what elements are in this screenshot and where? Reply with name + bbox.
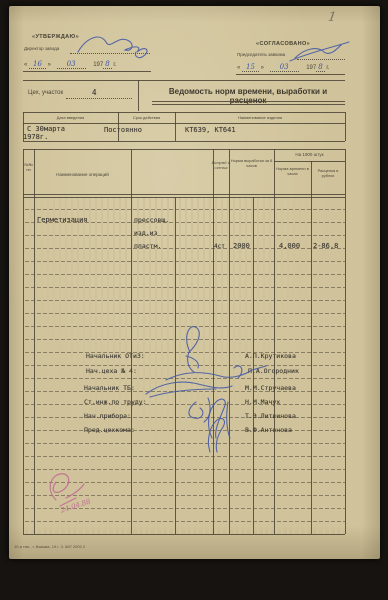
agree-year-printed: 197 (306, 65, 316, 71)
col-line-9 (311, 161, 312, 534)
info-v4 (345, 112, 346, 141)
info-value-date-2: 1978г. (23, 133, 48, 141)
header-rate: Расценка в рублях (312, 168, 344, 179)
info-value-term: Постоянно (104, 126, 142, 134)
col-line-6 (229, 149, 230, 534)
header-output: Норма выработки за 8 часов (230, 158, 273, 169)
main-table-bottom (23, 534, 345, 535)
approve-day-handwritten: 16 (29, 60, 46, 69)
quote-close: » (261, 65, 264, 71)
info-table-mid (23, 123, 345, 124)
col-line-8 (274, 149, 275, 534)
row-operation: Герметизация (37, 216, 88, 224)
title-divider (138, 80, 139, 111)
signature-label: Начальник ОТиЗ: (86, 352, 145, 360)
approve-year-unit: г. (113, 62, 116, 68)
header-time: Норма времени в часах (276, 166, 309, 177)
agree-stamp: «СОГЛАСОВАНО» (256, 41, 310, 47)
approve-signature-line (70, 46, 150, 54)
signature-name: А.П.Крутикова (245, 352, 296, 360)
col-line-5 (213, 149, 214, 534)
col-line-2 (34, 149, 35, 534)
row-rate: 2-86,8 (313, 242, 338, 250)
agree-date-line: « 15 » 03 1978 г. (237, 63, 330, 72)
row-profession-1: прессовщ. (134, 216, 169, 224)
header-bottom-2 (23, 197, 345, 198)
info-value-product: КТ639, КТ641 (185, 126, 236, 134)
info-value-date-1: С 30марта (27, 125, 65, 133)
page-title: Ведомость норм времени, выработки и расц… (150, 87, 346, 105)
agree-signature-line (297, 52, 345, 60)
signature-label: Нач.прибора: (84, 412, 131, 420)
signature-name: М.М.Стручаева (245, 384, 296, 392)
agree-year-handwritten: 8 (316, 63, 324, 72)
quote-close: » (48, 62, 51, 68)
info-header-term: Срок действия (118, 115, 175, 120)
row-profession-3: пластм. (134, 242, 161, 250)
signature-name: Т.Э.Литвинова (245, 412, 296, 420)
quote-open: « (237, 65, 240, 71)
agree-month-handwritten: 03 (270, 63, 299, 72)
agree-role: Председатель завкома (237, 52, 285, 57)
approve-month-handwritten: 03 (57, 60, 86, 69)
col-line-4 (175, 197, 176, 534)
signature-name: В.Ф.Антонова (245, 426, 292, 434)
signature-label: Начальник ТБ: (84, 384, 135, 392)
col-line-10 (345, 149, 346, 534)
header-operations: Наименование операций (34, 172, 131, 178)
approve-year-handwritten: 8 (103, 60, 111, 69)
header-per1000: На 1000 штук (274, 152, 345, 158)
col-line-7 (253, 197, 254, 534)
top-rule (23, 80, 345, 81)
col-line-3 (131, 149, 132, 534)
approve-underline (23, 71, 151, 72)
approve-stamp: «УТВЕРЖДАЮ» (32, 34, 79, 40)
signature-name: П.А.Огородник (248, 367, 299, 375)
info-header-date: Дата введения (23, 115, 118, 120)
header-bottom-1 (23, 194, 345, 195)
info-header-product: Наименование изделия (175, 115, 345, 120)
per1000-strip-divider (274, 161, 345, 162)
signature-label: Нач.цеха № 4: (86, 367, 137, 375)
agree-year-unit: г. (326, 65, 329, 71)
row-output: 2000 (233, 242, 250, 250)
row-profession-2: изд.из (134, 229, 157, 237)
shop-underline (66, 90, 132, 99)
approve-role: Директор завода (24, 46, 59, 51)
col-line-1 (23, 149, 24, 534)
row-grade: 4ст (214, 243, 225, 250)
shop-label: Цех, участок (28, 90, 63, 96)
info-table-bottom (23, 141, 345, 142)
row-time: 4,000 (279, 242, 300, 250)
main-table-top (23, 149, 345, 150)
approve-year-printed: 197 (93, 62, 103, 68)
signature-name: Н.М.Мачух (245, 398, 280, 406)
signature-label: Пред.цехкома: (84, 426, 135, 434)
agree-underline (236, 74, 345, 75)
agree-day-handwritten: 15 (242, 63, 259, 72)
printer-imprint: 10-я тип., г. Вязьма, 19 г. З. 687 2000 … (14, 544, 85, 549)
header-grade: Разряд и сетка (210, 160, 232, 171)
info-table-top (23, 112, 345, 113)
title-underline-2 (152, 104, 345, 105)
approve-date-line: « 16 » 03 1978 г. (24, 60, 117, 69)
quote-open: « (24, 62, 27, 68)
scanned-document: { "page_number": "1", "quotes": {"open":… (0, 0, 388, 600)
signature-label: Ст.инж.по труду: (84, 398, 147, 406)
title-underline-1 (152, 101, 345, 102)
